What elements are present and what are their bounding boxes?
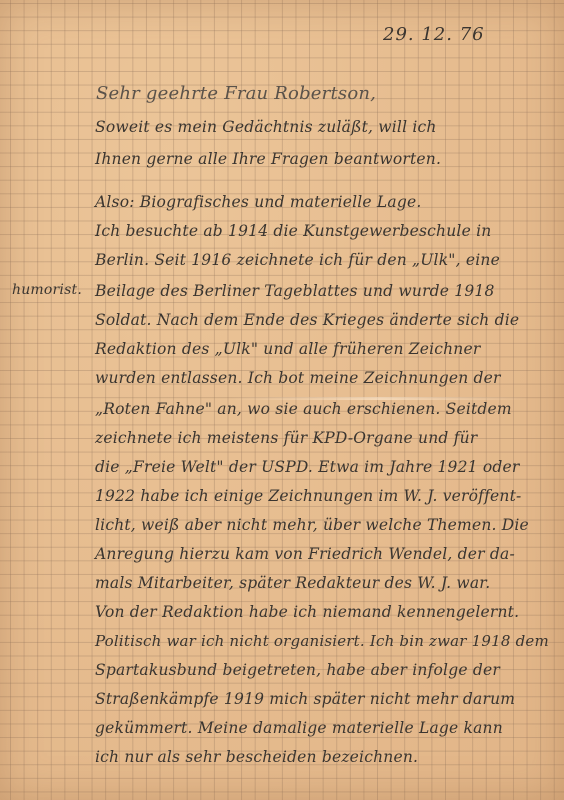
letter-line: Soweit es mein Gedächtnis zuläßt, will i… [95, 118, 437, 136]
letter-line: Redaktion des „Ulk" und alle früheren Ze… [95, 340, 480, 358]
letter-line: „Roten Fahne" an, wo sie auch erschienen… [95, 400, 512, 418]
letter-date: 29. 12. 76 [383, 24, 485, 45]
letter-line: Also: Biografisches und materielle Lage. [95, 193, 421, 211]
letter-line: die „Freie Welt" der USPD. Etwa im Jahre… [95, 458, 519, 476]
letter-line: Ich besuchte ab 1914 die Kunstgewerbesch… [95, 222, 491, 240]
letter-line: Anregung hierzu kam von Friedrich Wendel… [95, 545, 515, 563]
letter-line: Von der Redaktion habe ich niemand kenne… [95, 603, 519, 621]
letter-line: Ihnen gerne alle Ihre Fragen beantworten… [95, 150, 441, 168]
letter-line: 1922 habe ich einige Zeichnungen im W. J… [95, 487, 521, 505]
margin-note: humorist. [12, 282, 82, 298]
letter-line: Berlin. Seit 1916 zeichnete ich für den … [95, 251, 500, 269]
letter-line: Politisch war ich nicht organisiert. Ich… [95, 632, 549, 650]
letter-line: Straßenkämpfe 1919 mich später nicht meh… [95, 690, 515, 708]
letter-line: Spartakusbund beigetreten, habe aber inf… [95, 661, 500, 679]
letter-line: ich nur als sehr bescheiden bezeichnen. [95, 748, 418, 766]
letter-salutation: Sehr geehrte Frau Robertson, [96, 83, 376, 104]
letter-line: wurden entlassen. Ich bot meine Zeichnun… [95, 369, 501, 387]
letter-line: zeichnete ich meistens für KPD-Organe un… [95, 429, 477, 447]
letter-page: 29. 12. 76 Sehr geehrte Frau Robertson, … [0, 0, 564, 800]
letter-line: licht, weiß aber nicht mehr, über welche… [95, 516, 529, 534]
letter-line: Beilage des Berliner Tageblattes und wur… [95, 282, 495, 300]
letter-line: gekümmert. Meine damalige materielle Lag… [95, 719, 503, 737]
letter-line: mals Mitarbeiter, später Redakteur des W… [95, 574, 490, 592]
letter-line: Soldat. Nach dem Ende des Krieges ändert… [95, 311, 519, 329]
